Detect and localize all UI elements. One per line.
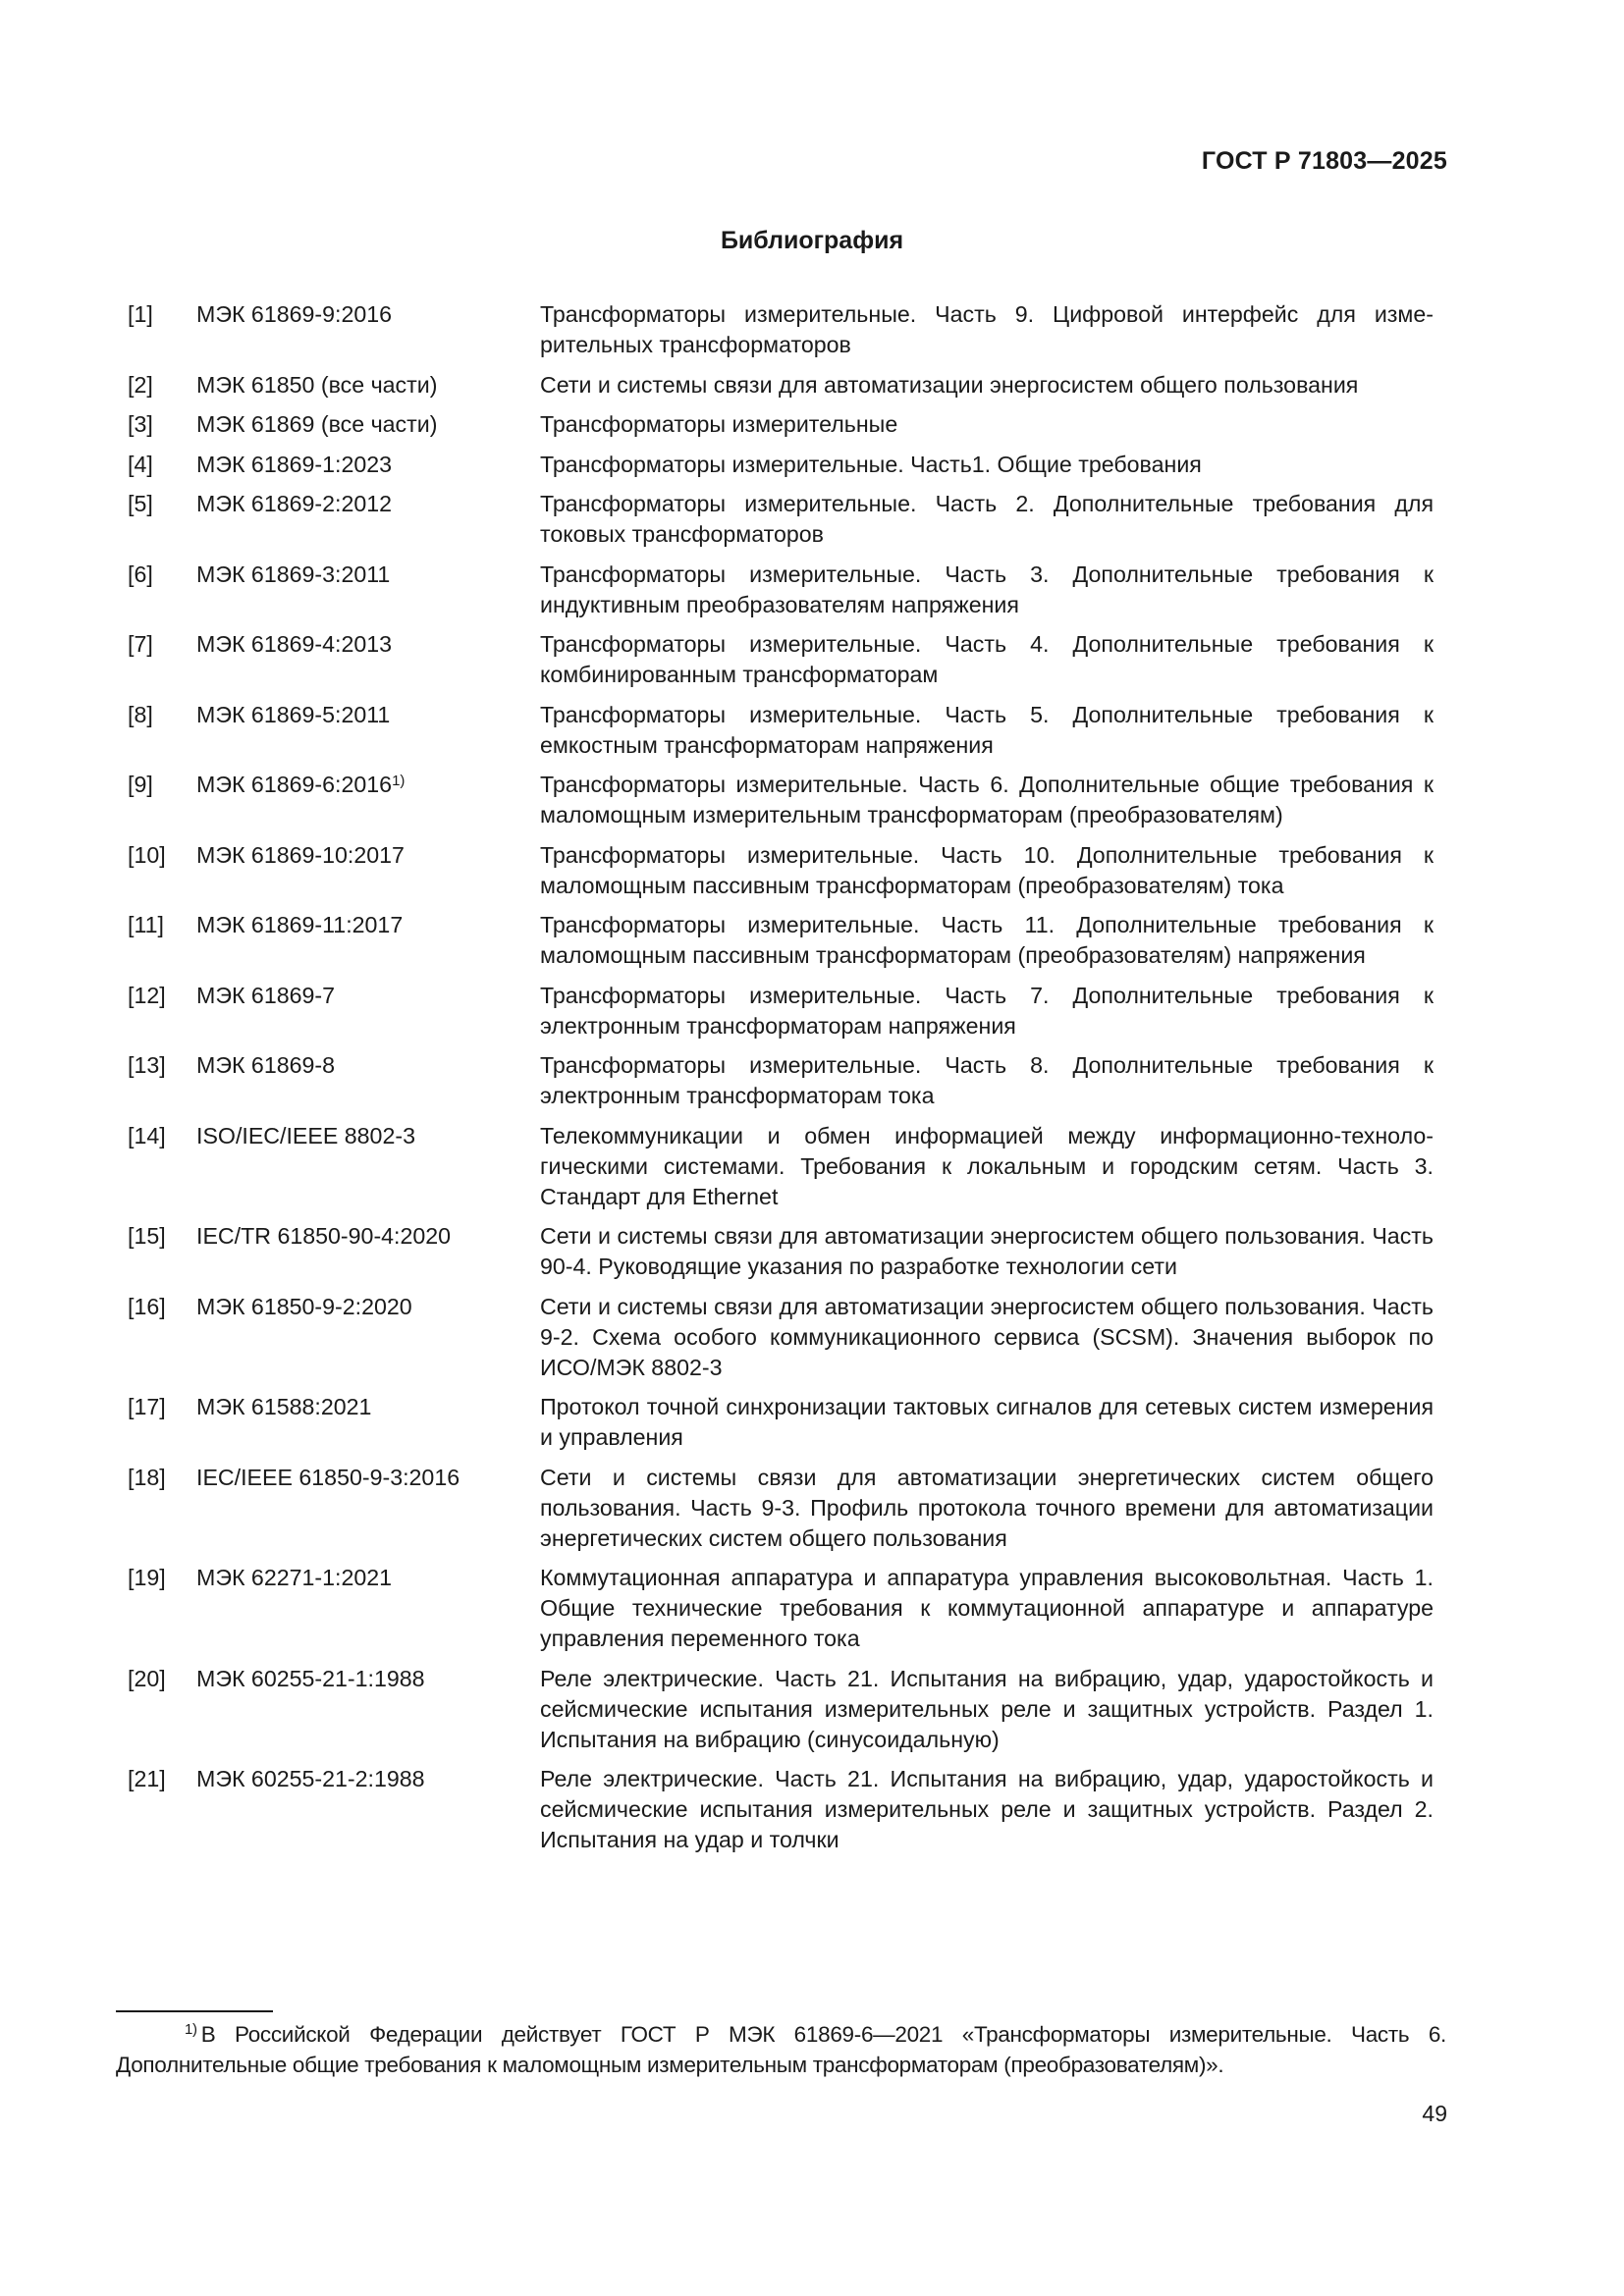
- standard-code: МЭК 61869-2:2012: [196, 489, 540, 550]
- standard-code: МЭК 61869-3:2011: [196, 560, 540, 620]
- bibliography-entry: [13]МЭК 61869-8Трансформаторы измеритель…: [128, 1050, 1434, 1111]
- entry-number: [9]: [128, 770, 196, 830]
- standard-code: IEC/IEEE 61850-9-3:2016: [196, 1463, 540, 1554]
- bibliography-entry: [14]ISO/IEC/IEEE 8802-3Телекоммуникации …: [128, 1121, 1434, 1212]
- entry-number: [6]: [128, 560, 196, 620]
- entry-number: [4]: [128, 450, 196, 480]
- standard-code: МЭК 61850-9-2:2020: [196, 1292, 540, 1383]
- standard-code: МЭК 61869-4:2013: [196, 629, 540, 690]
- entry-number: [10]: [128, 840, 196, 901]
- standard-title: Реле электрические. Часть 21. Испытания …: [540, 1664, 1434, 1755]
- standard-code: МЭК 61869-9:2016: [196, 299, 540, 360]
- standard-code: МЭК 61869-8: [196, 1050, 540, 1111]
- standard-code: МЭК 61869-11:2017: [196, 910, 540, 971]
- standard-code: МЭК 61869-7: [196, 981, 540, 1041]
- entry-number: [20]: [128, 1664, 196, 1755]
- standard-title: Трансформаторы измерительные. Часть 9. Ц…: [540, 299, 1434, 360]
- entry-number: [7]: [128, 629, 196, 690]
- footnote: 1)В Российской Федерации действует ГОСТ …: [116, 2019, 1446, 2080]
- bibliography-entry: [16]МЭК 61850-9-2:2020Сети и системы свя…: [128, 1292, 1434, 1383]
- bibliography-entry: [17]МЭК 61588:2021Протокол точной синхро…: [128, 1392, 1434, 1453]
- bibliography-entry: [21]МЭК 60255-21-2:1988Реле электрически…: [128, 1764, 1434, 1855]
- standard-title: Телекоммуникации и обмен информацией меж…: [540, 1121, 1434, 1212]
- standard-title: Сети и системы связи для автоматизации э…: [540, 370, 1434, 400]
- bibliography-entry: [11]МЭК 61869-11:2017Трансформаторы изме…: [128, 910, 1434, 971]
- standard-title: Сети и системы связи для автоматизации э…: [540, 1463, 1434, 1554]
- standard-title: Сети и системы связи для автоматизации э…: [540, 1292, 1434, 1383]
- document-code: ГОСТ Р 71803—2025: [1202, 147, 1447, 176]
- bibliography-entry: [3]МЭК 61869 (все части)Трансформаторы и…: [128, 409, 1434, 440]
- bibliography-entry: [8]МЭК 61869-5:2011Трансформаторы измери…: [128, 700, 1434, 761]
- entry-number: [5]: [128, 489, 196, 550]
- standard-title: Трансформаторы измерительные. Часть 2. Д…: [540, 489, 1434, 550]
- standard-title: Трансформаторы измерительные. Часть 7. Д…: [540, 981, 1434, 1041]
- standard-code: МЭК 61850 (все части): [196, 370, 540, 400]
- standard-title: Протокол точной синхронизации тактовых с…: [540, 1392, 1434, 1453]
- bibliography-entry: [9]МЭК 61869-6:20161)Трансформаторы изме…: [128, 770, 1434, 830]
- entry-number: [13]: [128, 1050, 196, 1111]
- standard-code: МЭК 61869-1:2023: [196, 450, 540, 480]
- standard-code: МЭК 60255-21-1:1988: [196, 1664, 540, 1755]
- bibliography-entry: [7]МЭК 61869-4:2013Трансформаторы измери…: [128, 629, 1434, 690]
- entry-number: [2]: [128, 370, 196, 400]
- entry-number: [14]: [128, 1121, 196, 1212]
- entry-number: [16]: [128, 1292, 196, 1383]
- entry-number: [8]: [128, 700, 196, 761]
- bibliography-entry: [15]IEC/TR 61850-90-4:2020Сети и системы…: [128, 1221, 1434, 1282]
- standard-title: Трансформаторы измерительные. Часть 11. …: [540, 910, 1434, 971]
- standard-code: МЭК 61588:2021: [196, 1392, 540, 1453]
- standard-title: Коммутационная аппаратура и аппаратура у…: [540, 1563, 1434, 1654]
- standard-code: ISO/IEC/IEEE 8802-3: [196, 1121, 540, 1212]
- bibliography-entry: [20]МЭК 60255-21-1:1988Реле электрически…: [128, 1664, 1434, 1755]
- bibliography-list: [1]МЭК 61869-9:2016Трансформаторы измери…: [128, 299, 1434, 1865]
- entry-number: [17]: [128, 1392, 196, 1453]
- page-title: Библиография: [0, 227, 1624, 255]
- bibliography-entry: [19]МЭК 62271-1:2021Коммутационная аппар…: [128, 1563, 1434, 1654]
- entry-number: [3]: [128, 409, 196, 440]
- entry-number: [12]: [128, 981, 196, 1041]
- standard-title: Трансформаторы измерительные. Часть 3. Д…: [540, 560, 1434, 620]
- standard-title: Трансформаторы измерительные. Часть1. Об…: [540, 450, 1434, 480]
- entry-number: [11]: [128, 910, 196, 971]
- footnote-line-2: Дополнительные общие требования к маломо…: [116, 2053, 1223, 2077]
- standard-title: Трансформаторы измерительные. Часть 4. Д…: [540, 629, 1434, 690]
- entry-number: [19]: [128, 1563, 196, 1654]
- standard-code: МЭК 62271-1:2021: [196, 1563, 540, 1654]
- entry-number: [21]: [128, 1764, 196, 1855]
- bibliography-entry: [10]МЭК 61869-10:2017Трансформаторы изме…: [128, 840, 1434, 901]
- page-number: 49: [1422, 2101, 1447, 2127]
- footnote-divider: [116, 2010, 273, 2012]
- standard-title: Трансформаторы измерительные. Часть 8. Д…: [540, 1050, 1434, 1111]
- entry-number: [18]: [128, 1463, 196, 1554]
- entry-number: [1]: [128, 299, 196, 360]
- footnote-mark: 1): [185, 2021, 197, 2038]
- standard-title: Трансформаторы измерительные: [540, 409, 1434, 440]
- bibliography-entry: [4]МЭК 61869-1:2023Трансформаторы измери…: [128, 450, 1434, 480]
- standard-title: Реле электрические. Часть 21. Испытания …: [540, 1764, 1434, 1855]
- standard-title: Трансформаторы измерительные. Часть 10. …: [540, 840, 1434, 901]
- entry-number: [15]: [128, 1221, 196, 1282]
- footnote-line-1: 1)В Российской Федерации действует ГОСТ …: [116, 2019, 1446, 2050]
- standard-code: МЭК 61869-10:2017: [196, 840, 540, 901]
- bibliography-entry: [6]МЭК 61869-3:2011Трансформаторы измери…: [128, 560, 1434, 620]
- standard-code: МЭК 61869-5:2011: [196, 700, 540, 761]
- bibliography-entry: [1]МЭК 61869-9:2016Трансформаторы измери…: [128, 299, 1434, 360]
- standard-code: МЭК 61869 (все части): [196, 409, 540, 440]
- bibliography-entry: [12]МЭК 61869-7Трансформаторы измеритель…: [128, 981, 1434, 1041]
- bibliography-entry: [5]МЭК 61869-2:2012Трансформаторы измери…: [128, 489, 1434, 550]
- standard-title: Сети и системы связи для автоматизации э…: [540, 1221, 1434, 1282]
- standard-title: Трансформаторы измерительные. Часть 6. Д…: [540, 770, 1434, 830]
- footnote-reference: 1): [392, 773, 405, 789]
- standard-code: МЭК 61869-6:20161): [196, 770, 540, 830]
- standard-code: МЭК 60255-21-2:1988: [196, 1764, 540, 1855]
- standard-title: Трансформаторы измерительные. Часть 5. Д…: [540, 700, 1434, 761]
- standard-code: IEC/TR 61850-90-4:2020: [196, 1221, 540, 1282]
- bibliography-entry: [18]IEC/IEEE 61850-9-3:2016Сети и систем…: [128, 1463, 1434, 1554]
- bibliography-entry: [2]МЭК 61850 (все части)Сети и системы с…: [128, 370, 1434, 400]
